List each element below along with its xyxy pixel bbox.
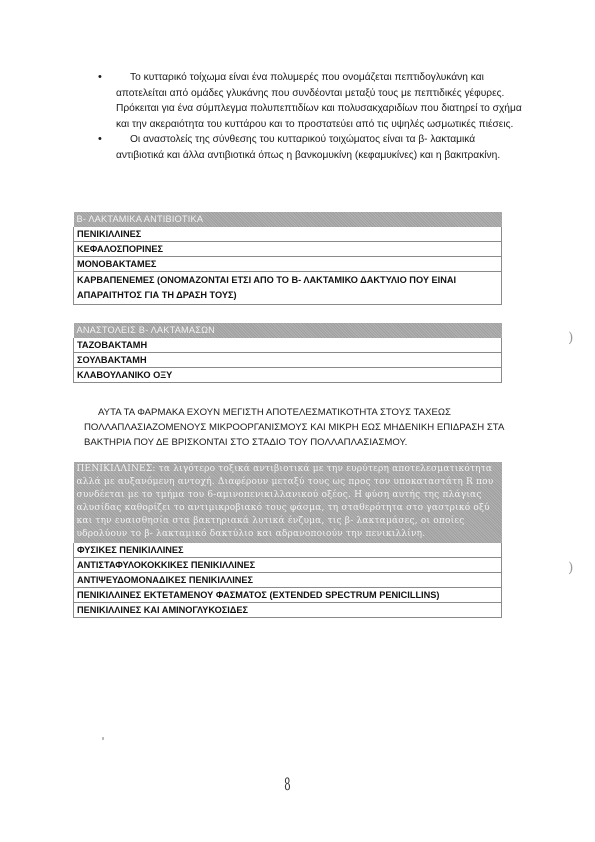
table-row: ΠΕΝΙΚΙΛΛΙΝΕΣ: [74, 227, 502, 242]
table-row: ΚΑΡΒΑΠΕΝΕΜΕΣ (ΟΝΟΜΑΖΟΝΤΑΙ ΕΤΣΙ ΑΠΟ ΤΟ Β-…: [74, 271, 502, 304]
scan-speck: [102, 737, 104, 740]
table-row: ΚΛΑΒΟΥΛΑΝΙΚΟ ΟΞΥ: [74, 367, 502, 382]
bullet-item: • Το κυτταρικό τοίχωμα είναι ένα πολυμερ…: [92, 70, 522, 132]
bullet-icon: •: [98, 132, 102, 148]
table-row: ΣΟΥΛΒΑΚΤΑΜΗ: [74, 352, 502, 367]
bullet-list: • Το κυτταρικό τοίχωμα είναι ένα πολυμερ…: [92, 70, 522, 164]
bullet-icon: •: [98, 70, 102, 86]
beta-lactam-antibiotics-table: Β- ΛΑΚΤΑΜΙΚΑ ΑΝΤΙΒΙΟΤΙΚΑ ΠΕΝΙΚΙΛΛΙΝΕΣ ΚΕ…: [73, 212, 502, 305]
table-row: ΠΕΝΙΚΙΛΛΙΝΕΣ ΕΚΤΕΤΑΜΕΝΟΥ ΦΑΣΜΑΤΟΣ (EXTEN…: [74, 587, 502, 602]
table-header: ΠΕΝΙΚΙΛΛΙΝΕΣ: τα λιγότερο τοξικά αντιβιο…: [74, 462, 502, 543]
bullet-text: Οι αναστολείς της σύνθεσης του κυτταρικο…: [116, 132, 522, 163]
table-header: ΑΝΑΣΤΟΛΕΙΣ Β- ΛΑΚΤΑΜΑΣΩΝ: [74, 323, 502, 338]
table-row: ΦΥΣΙΚΕΣ ΠΕΝΙΚΙΛΛΙΝΕΣ: [74, 543, 502, 558]
table-row: ΠΕΝΙΚΙΛΛΙΝΕΣ ΚΑΙ ΑΜΙΝΟΓΛΥΚΟΣΙΔΕΣ: [74, 602, 502, 617]
table-row: ΜΟΝΟΒΑΚΤΑΜΕΣ: [74, 256, 502, 271]
bullet-item: • Οι αναστολείς της σύνθεσης του κυτταρι…: [92, 132, 522, 163]
effectiveness-paragraph: ΑΥΤΑ ΤΑ ΦΑΡΜΑΚΑ ΕΧΟΥΝ ΜΕΓΙΣΤΗ ΑΠΟΤΕΛΕΣΜΑ…: [84, 405, 524, 450]
table-row: ΚΕΦΑΛΟΣΠΟΡΙΝΕΣ: [74, 241, 502, 256]
page-number: 8: [284, 775, 291, 796]
penicillins-table: ΠΕΝΙΚΙΛΛΙΝΕΣ: τα λιγότερο τοξικά αντιβιο…: [73, 462, 502, 618]
bullet-text: Το κυτταρικό τοίχωμα είναι ένα πολυμερές…: [116, 70, 522, 132]
table-header: Β- ΛΑΚΤΑΜΙΚΑ ΑΝΤΙΒΙΟΤΙΚΑ: [74, 212, 502, 227]
table-row: ΑΝΤΙΣΤΑΦΥΛΟΚΟΚΚΙΚΕΣ ΠΕΝΙΚΙΛΛΙΝΕΣ: [74, 557, 502, 572]
margin-bracket-mark: ): [568, 560, 573, 576]
table-row: ΤΑΖΟΒΑΚΤΑΜΗ: [74, 338, 502, 353]
beta-lactamase-inhibitors-table: ΑΝΑΣΤΟΛΕΙΣ Β- ΛΑΚΤΑΜΑΣΩΝ ΤΑΖΟΒΑΚΤΑΜΗ ΣΟΥ…: [73, 323, 502, 383]
table-row: ΑΝΤΙΨΕΥΔΟΜΟΝΑΔΙΚΕΣ ΠΕΝΙΚΙΛΛΙΝΕΣ: [74, 572, 502, 587]
paragraph-text: ΑΥΤΑ ΤΑ ΦΑΡΜΑΚΑ ΕΧΟΥΝ ΜΕΓΙΣΤΗ ΑΠΟΤΕΛΕΣΜΑ…: [84, 407, 504, 448]
margin-bracket-mark: ): [568, 330, 573, 346]
